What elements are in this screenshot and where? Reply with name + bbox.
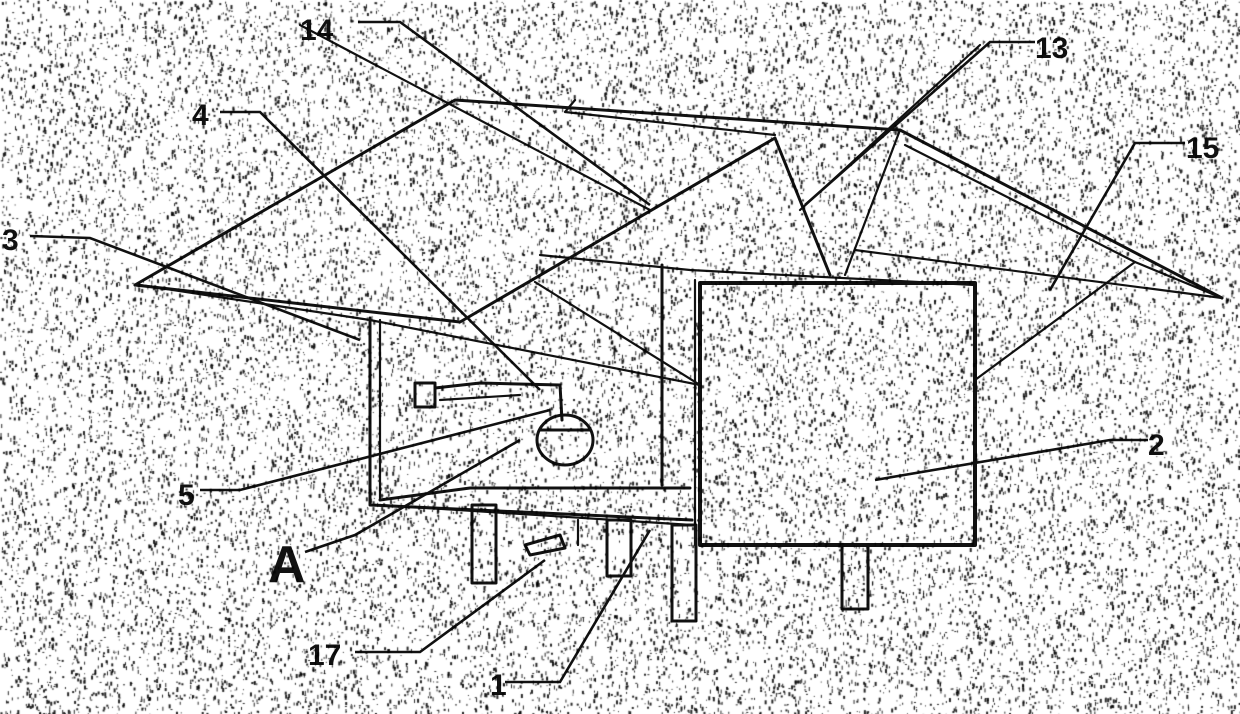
- mechanism: [415, 383, 593, 465]
- label-13: 13: [1035, 32, 1068, 65]
- label-15: 15: [1186, 132, 1219, 165]
- label-2: 2: [1148, 429, 1165, 462]
- label-17: 17: [308, 639, 341, 672]
- label-1: 1: [490, 669, 507, 702]
- patent-drawing: 14 13 15 4 3 2 5 A 17 1: [0, 0, 1240, 714]
- label-14: 14: [300, 14, 334, 47]
- housing-box: [695, 280, 975, 609]
- canopy-frame: [135, 25, 1222, 385]
- label-A: A: [268, 536, 306, 594]
- label-4: 4: [192, 99, 209, 132]
- label-5: 5: [178, 479, 195, 512]
- label-3: 3: [2, 224, 19, 257]
